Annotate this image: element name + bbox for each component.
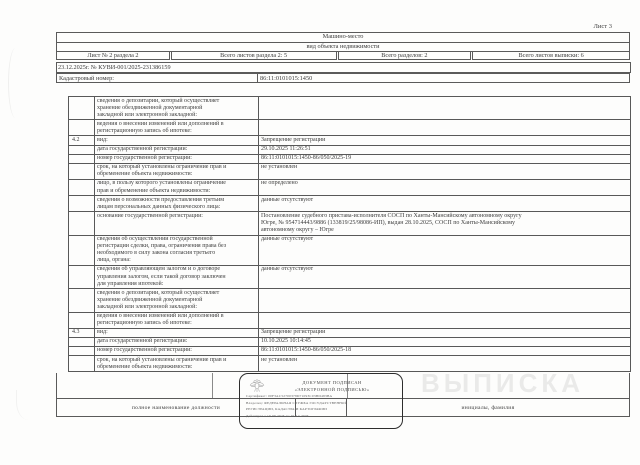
record-value: не определено: [259, 179, 631, 195]
sheet-info-cell: Лист № 2 раздела 2: [56, 51, 170, 60]
object-type-value: Машино-место: [57, 33, 629, 42]
record-row: лицо, в пользу которого установлены огра…: [69, 179, 631, 195]
object-type-caption: вид объекта недвижимости: [57, 42, 629, 52]
record-label: вид:: [95, 136, 259, 145]
object-type-table: Машино-место вид объекта недвижимости: [56, 32, 630, 52]
record-row: сведения о депозитарии, который осуществ…: [69, 289, 631, 312]
esignature-stamp: ДОКУМЕНТ ПОДПИСАН «ЭЛЕКТРОННОЙ ПОДПИСЬЮ»…: [239, 373, 403, 429]
record-value: данные отсутствуют: [259, 265, 631, 288]
double-headed-eagle-icon: [249, 378, 265, 394]
document-page: ВЫПИСКА Лист 3 Машино-место вид объекта …: [0, 0, 640, 465]
record-label: срок, на который установлены ограничение…: [95, 163, 259, 179]
record-number: [69, 212, 95, 235]
record-row: 4.2вид:Запрещение регистрации: [69, 136, 631, 145]
record-row: дата государственной регистрации:10.10.2…: [69, 337, 631, 346]
record-value: 10.10.2025 10:14:45: [259, 337, 631, 346]
record-value: данные отсутствуют: [259, 235, 631, 265]
record-number: [69, 265, 95, 288]
record-value: [259, 120, 631, 136]
record-number: [69, 97, 95, 120]
record-row: дата государственной регистрации:29.10.2…: [69, 145, 631, 154]
record-label: лицо, в пользу которого установлены огра…: [95, 179, 259, 195]
stamp-certificate: Сертификат: 00F3AC52700378D71093C03BD483…: [246, 393, 402, 400]
record-row: основание государственной регистрации:По…: [69, 212, 631, 235]
record-row: номер государственной регистрации:86:11:…: [69, 346, 631, 355]
record-number: [69, 337, 95, 346]
record-value: 86:11:0101015:1450-86/050/2025-18: [259, 346, 631, 355]
record-label: дата государственной регистрации:: [95, 145, 259, 154]
record-label: дата государственной регистрации:: [95, 337, 259, 346]
record-row: сведения о возможности предоставления тр…: [69, 196, 631, 212]
record-number: 4.3: [69, 328, 95, 337]
record-label: сведения об управляющем залогом и о дого…: [95, 265, 259, 288]
record-number: [69, 179, 95, 195]
stamp-title-line1: ДОКУМЕНТ ПОДПИСАН: [266, 379, 398, 386]
record-value: не установлен: [259, 163, 631, 179]
sheet-number-label: Лист 3: [594, 23, 613, 30]
sheet-info-row: Лист № 2 раздела 2 Всего листов раздела …: [56, 51, 630, 60]
record-label: сведения о депозитарии, который осуществ…: [95, 97, 259, 120]
record-label: срок, на который установлены ограничение…: [95, 356, 259, 372]
cadastral-row: Кадастровый номер: 86:11:0101015:1450: [56, 73, 630, 83]
statement-number: 23.12.2025г. № КУВИ-001/2025-231386159: [56, 62, 631, 73]
record-label: вид:: [95, 328, 259, 337]
record-label: номер государственной регистрации:: [95, 346, 259, 355]
record-label: сведения о возможности предоставления тр…: [95, 196, 259, 212]
record-number: [69, 235, 95, 265]
record-number: [69, 163, 95, 179]
record-number: [69, 196, 95, 212]
record-row: ведения о внесении изменений или дополне…: [69, 120, 631, 136]
scan-artifact: [16, 390, 37, 420]
record-value: данные отсутствуют: [259, 196, 631, 212]
sheet-info-cell: Всего разделов: 2: [338, 51, 472, 60]
sheet-info-cell: Всего листов выписки: 6: [472, 51, 630, 60]
record-label: сведения о депозитарии, который осуществ…: [95, 289, 259, 312]
record-label: ведения о внесении изменений или дополне…: [95, 120, 259, 136]
record-label: сведения об осуществлении государственно…: [95, 235, 259, 265]
record-number: [69, 312, 95, 328]
cadastral-label: Кадастровый номер:: [56, 73, 258, 83]
record-value: [259, 312, 631, 328]
record-value: Постановление судебного пристава-исполни…: [259, 212, 631, 235]
record-label: номер государственной регистрации:: [95, 154, 259, 163]
divider: [212, 373, 213, 398]
record-row: ведения о внесении изменений или дополне…: [69, 312, 631, 328]
record-number: [69, 120, 95, 136]
record-value: Запрещение регистрации: [259, 136, 631, 145]
record-value: [259, 289, 631, 312]
record-row: срок, на который установлены ограничение…: [69, 163, 631, 179]
record-row: сведения об управляющем залогом и о дого…: [69, 265, 631, 288]
record-row: сведения об осуществлении государственно…: [69, 235, 631, 265]
stamp-owner-line1: Владелец: ФЕДЕРАЛЬНАЯ СЛУЖБА ГОСУДАРСТВЕ…: [246, 400, 402, 407]
records-table: сведения о депозитарии, который осуществ…: [68, 96, 631, 372]
record-label: основание государственной регистрации:: [95, 212, 259, 235]
stamp-title-line2: «ЭЛЕКТРОННОЙ ПОДПИСЬЮ»: [266, 386, 398, 393]
record-value: 29.10.2025 11:26:51: [259, 145, 631, 154]
record-value: 86:11:0101015:1450-86/050/2025-19: [259, 154, 631, 163]
record-value: [259, 97, 631, 120]
record-number: [69, 289, 95, 312]
record-number: [69, 356, 95, 372]
stamp-owner-line2: РЕГИСТРАЦИИ, КАДАСТРА И КАРТОГРАФИИ: [246, 406, 402, 413]
record-label: ведения о внесении изменений или дополне…: [95, 312, 259, 328]
record-number: [69, 145, 95, 154]
record-number: [69, 154, 95, 163]
scan-artifact: [8, 48, 23, 118]
watermark: ВЫПИСКА: [421, 368, 631, 399]
sheet-info-cell: Всего листов раздела 2: 5: [171, 51, 337, 60]
record-row: номер государственной регистрации:86:11:…: [69, 154, 631, 163]
stamp-validity: Действует с 10.09.2025 по 01.12.2026: [246, 413, 402, 420]
record-value: Запрещение регистрации: [259, 328, 631, 337]
record-row: сведения о депозитарии, который осуществ…: [69, 97, 631, 120]
record-number: [69, 346, 95, 355]
record-row: 4.3вид:Запрещение регистрации: [69, 328, 631, 337]
cadastral-value: 86:11:0101015:1450: [258, 73, 630, 83]
record-number: 4.2: [69, 136, 95, 145]
records-table-body: сведения о депозитарии, который осуществ…: [69, 97, 631, 372]
